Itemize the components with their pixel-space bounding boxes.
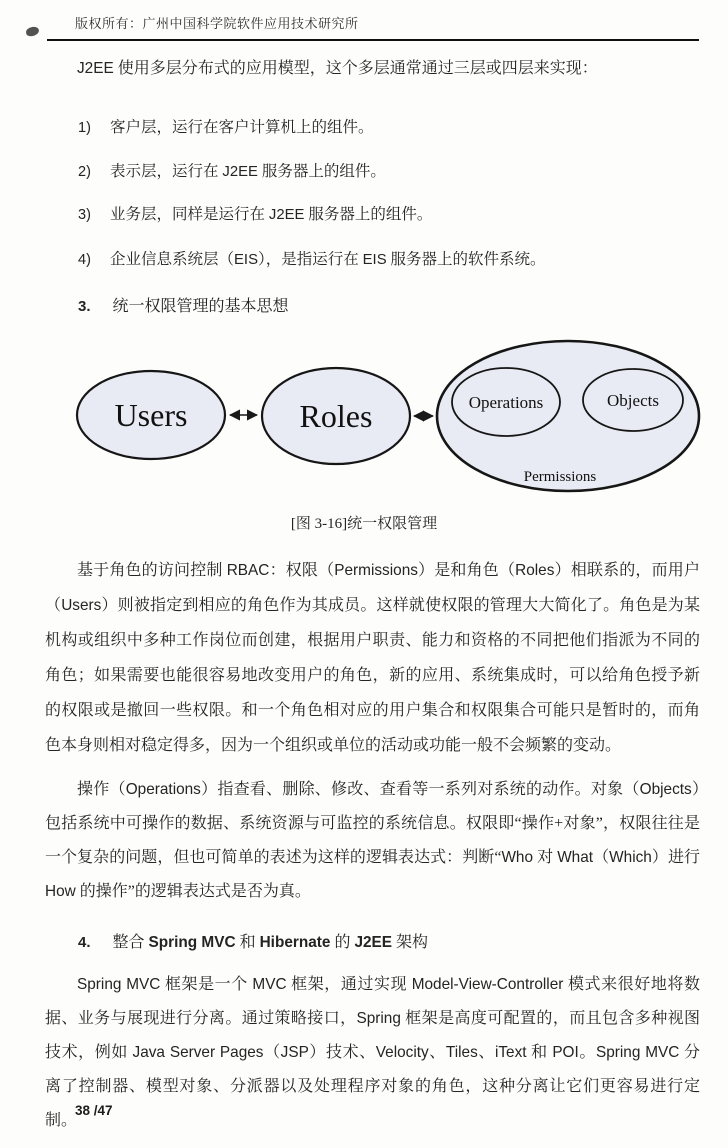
- figure-caption: [图 3-16]统一权限管理: [0, 512, 728, 533]
- header-rule: [47, 39, 699, 41]
- list-item-number: 1): [78, 118, 110, 138]
- rbac-diagram: Users Roles Operations Objects Permissio…: [0, 333, 728, 503]
- list-item-number: 3): [78, 205, 110, 225]
- header-copyright: 版权所有：广州中国科学院软件应用技术研究所: [75, 13, 359, 32]
- list-item-number: 4): [78, 250, 110, 270]
- list-item: 1)客户层，运行在客户计算机上的组件。: [78, 118, 374, 138]
- permissions-label: Permissions: [524, 469, 597, 485]
- list-item-text: 业务层，同样是运行在 J2EE 服务器上的组件。: [110, 206, 432, 223]
- scan-artifact: [25, 26, 39, 37]
- users-label: Users: [115, 397, 188, 433]
- section-heading-4: 4.整合 Spring MVC 和 Hibernate 的 J2EE 架构: [78, 929, 428, 952]
- heading-text: 统一权限管理的基本思想: [113, 298, 289, 315]
- list-item: 4)企业信息系统层（EIS），是指运行在 EIS 服务器上的软件系统。: [78, 250, 546, 270]
- intro-paragraph: J2EE 使用多层分布式的应用模型，这个多层通常通过三层或四层来实现：: [45, 52, 700, 86]
- list-item: 2)表示层，运行在 J2EE 服务器上的组件。: [78, 162, 386, 182]
- heading-number: 4.: [78, 934, 91, 951]
- rbac-paragraph: 基于角色的访问控制 RBAC：权限（Permissions）是和角色（Roles…: [45, 553, 700, 763]
- list-item-number: 2): [78, 162, 110, 182]
- list-item-text: 客户层，运行在客户计算机上的组件。: [110, 119, 374, 136]
- heading-text: 整合 Spring MVC 和 Hibernate 的 J2EE 架构: [113, 934, 429, 951]
- roles-label: Roles: [300, 398, 373, 434]
- objects-label: Objects: [607, 391, 659, 410]
- spring-paragraph: Spring MVC 框架是一个 MVC 框架，通过实现 Model-View-…: [45, 968, 700, 1138]
- document-page: 版权所有：广州中国科学院软件应用技术研究所 J2EE 使用多层分布式的应用模型，…: [0, 0, 728, 1148]
- heading-number: 3.: [78, 298, 91, 315]
- operations-label: Operations: [469, 393, 544, 412]
- list-item: 3)业务层，同样是运行在 J2EE 服务器上的组件。: [78, 205, 432, 225]
- list-item-text: 表示层，运行在 J2EE 服务器上的组件。: [110, 163, 386, 180]
- operations-paragraph: 操作（Operations）指查看、删除、修改、查看等一系列对系统的动作。对象（…: [45, 773, 700, 909]
- section-heading-3: 3.统一权限管理的基本思想: [78, 293, 289, 316]
- list-item-text: 企业信息系统层（EIS），是指运行在 EIS 服务器上的软件系统。: [110, 251, 546, 268]
- page-number: 38 /47: [75, 1103, 113, 1118]
